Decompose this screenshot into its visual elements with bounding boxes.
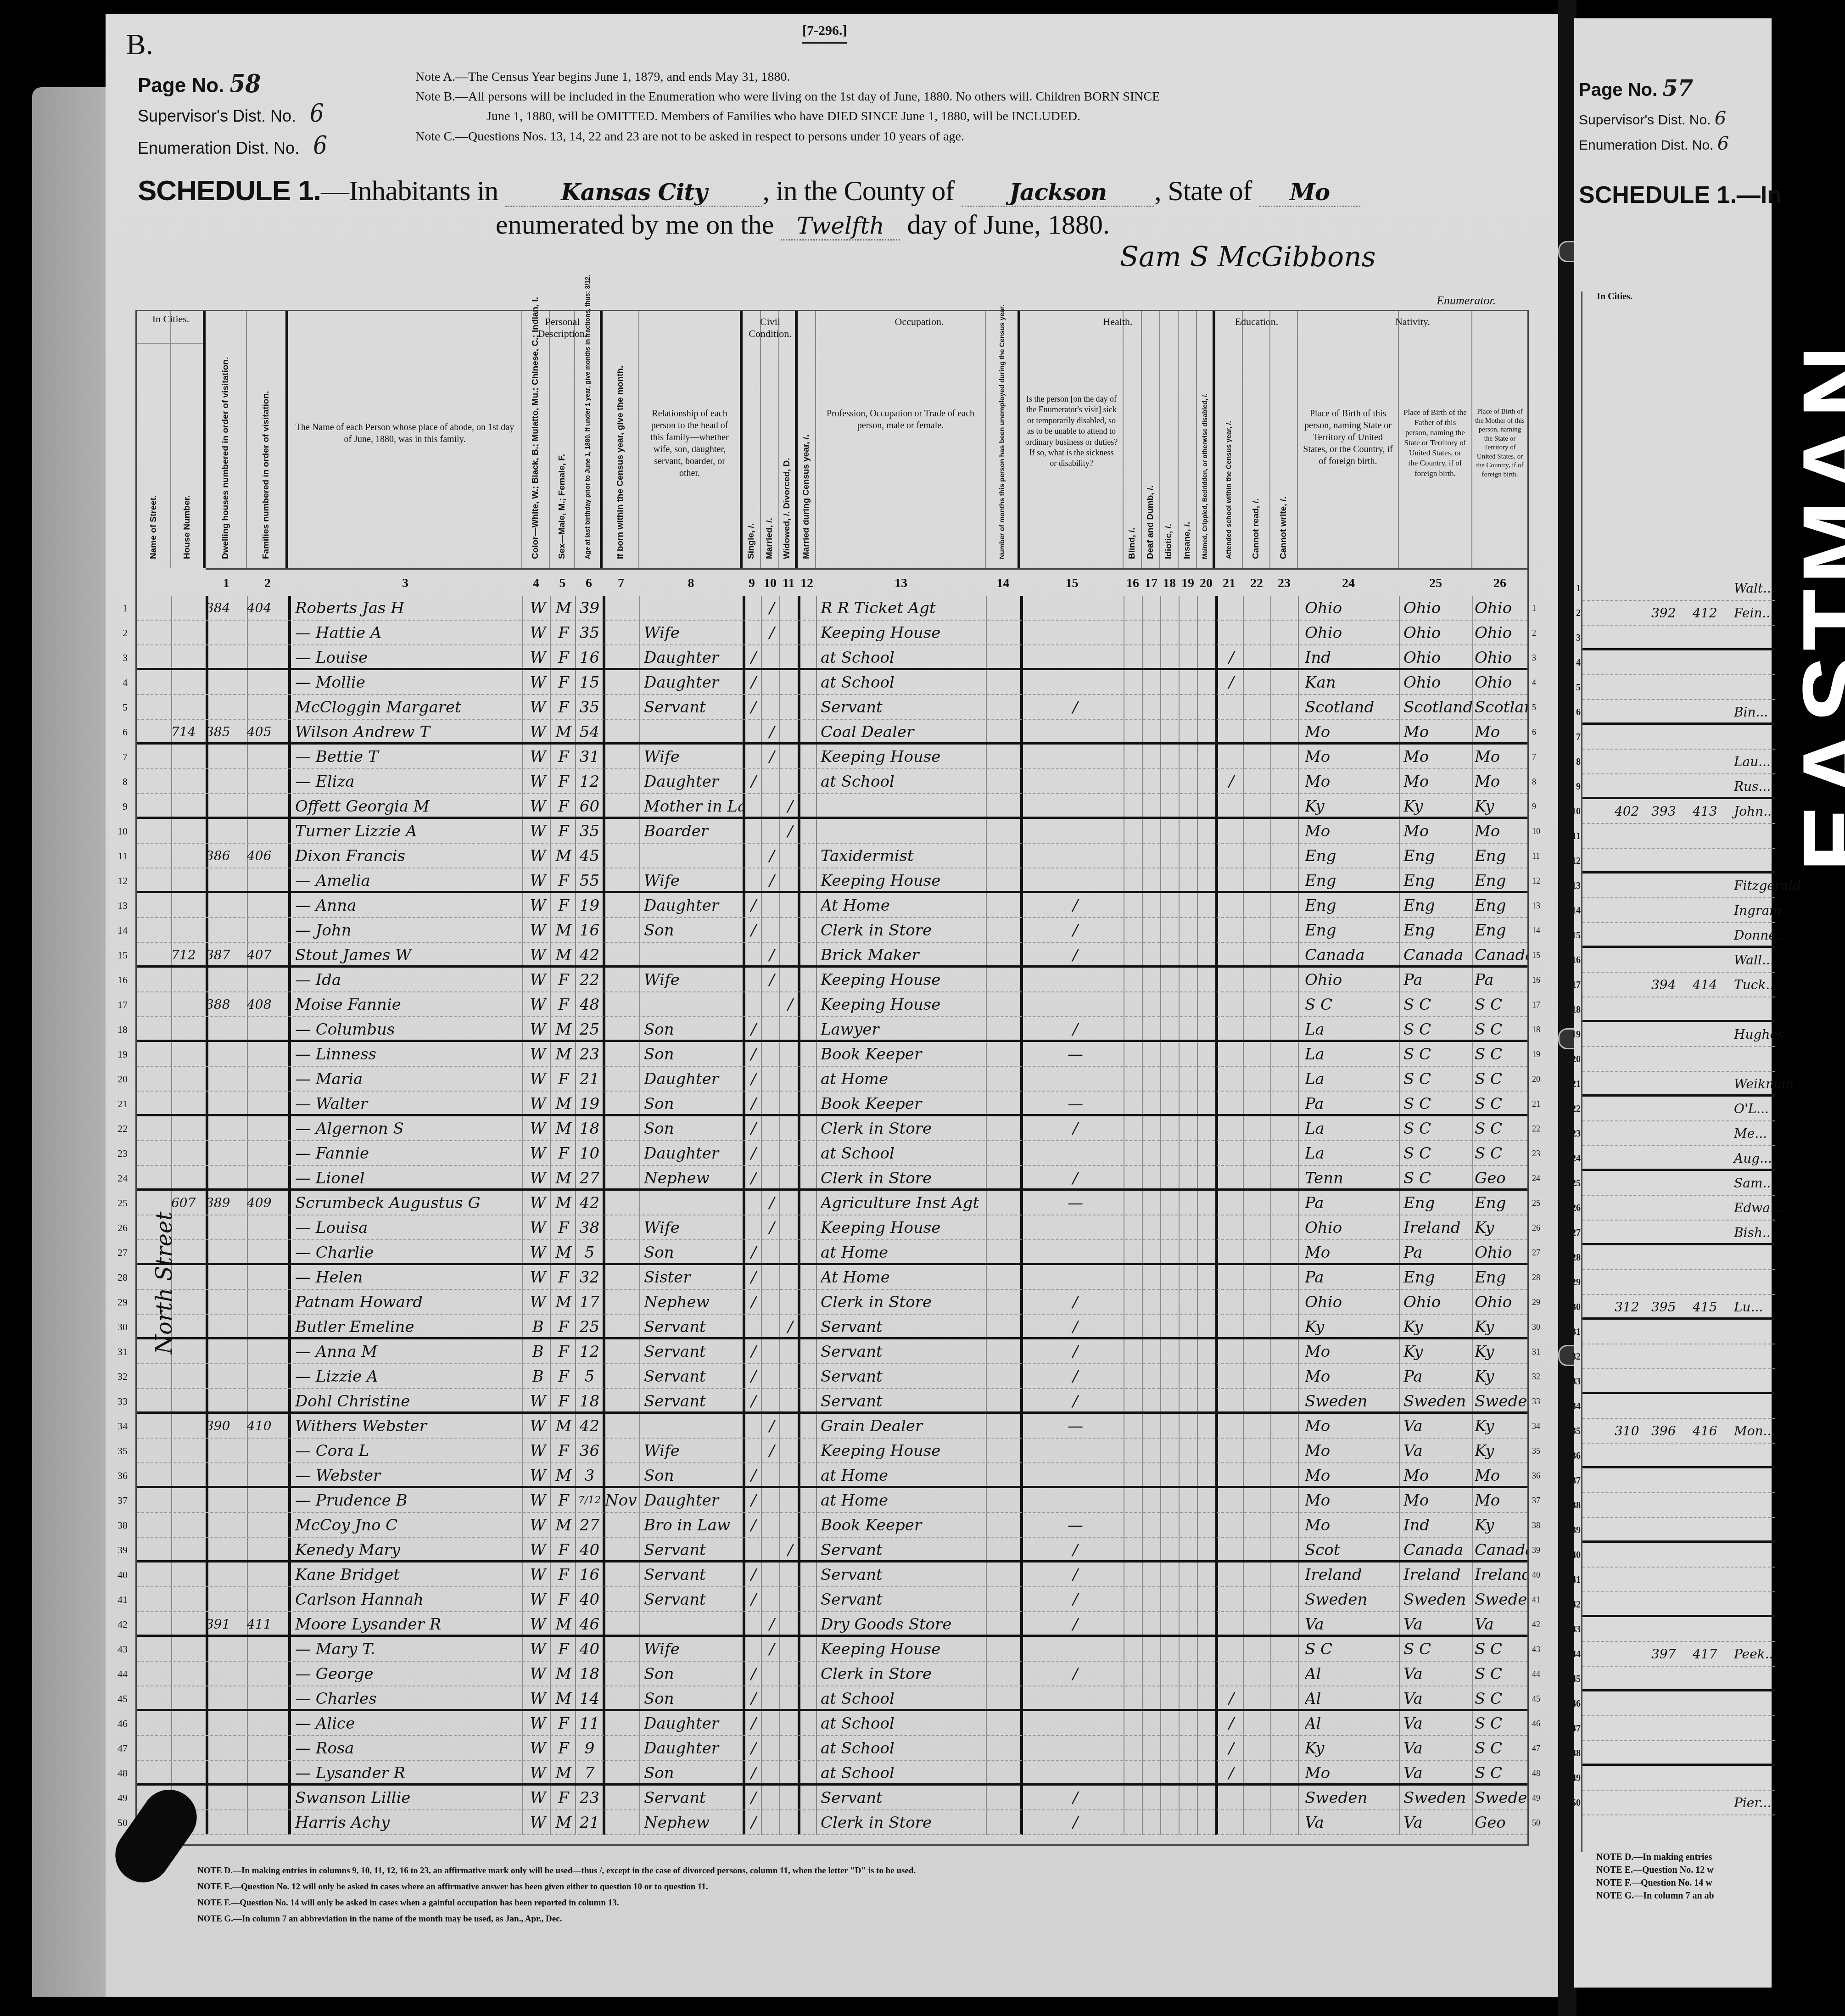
- color: W: [526, 1786, 550, 1810]
- married-mark: [765, 670, 779, 695]
- occupation: at School: [821, 1686, 986, 1711]
- col-num: 10: [761, 568, 779, 596]
- line-number-right: 21: [1532, 1092, 1550, 1116]
- occupation: Grain Dealer: [821, 1414, 986, 1439]
- birthplace: Ohio: [1305, 1215, 1399, 1240]
- line-number-right: 4: [1532, 670, 1550, 695]
- school-mark: [1220, 1364, 1243, 1389]
- single-mark: /: [746, 1513, 761, 1538]
- married-mark: /: [765, 1612, 779, 1637]
- age: 10: [576, 1141, 603, 1166]
- color: W: [526, 1513, 550, 1538]
- school-mark: [1220, 1191, 1243, 1215]
- line-number: 35: [109, 1439, 128, 1463]
- line-number: 15: [109, 943, 128, 968]
- family-number: [247, 1290, 288, 1315]
- col-occupation: Profession, Occupation or Trade of each …: [816, 311, 986, 568]
- birth-month: [605, 1364, 639, 1389]
- school-mark: [1220, 621, 1243, 645]
- facing-line-number: 32: [1564, 1344, 1581, 1369]
- age: 48: [576, 992, 603, 1017]
- color: W: [526, 1488, 550, 1513]
- sickness: —: [1029, 1191, 1121, 1215]
- dwelling-number: [206, 769, 247, 794]
- school-mark: [1220, 1587, 1243, 1612]
- table-row: 9Offett Georgia MWF60Mother in Law/KyKyK…: [137, 794, 1527, 819]
- married-mark: /: [765, 1637, 779, 1662]
- birth-month: [605, 1637, 639, 1662]
- single-mark: [746, 868, 761, 893]
- facing-table-row: 16Wall...: [1582, 948, 1775, 973]
- birth-month: [605, 1067, 639, 1092]
- relationship: Servant: [644, 1587, 743, 1612]
- line-number: 3: [109, 645, 128, 670]
- single-mark: /: [746, 1686, 761, 1711]
- school-mark: [1220, 1339, 1243, 1364]
- facing-line-number: 45: [1564, 1667, 1581, 1691]
- mother-birthplace: Ky: [1475, 1364, 1527, 1389]
- facing-house: 402: [1615, 799, 1639, 824]
- facing-house: 312: [1615, 1295, 1639, 1320]
- relationship: Son: [644, 1240, 743, 1265]
- single-mark: [746, 1439, 761, 1463]
- enumerated-suffix: day of June, 1880.: [907, 209, 1110, 240]
- age: 14: [576, 1686, 603, 1711]
- col-father-birthplace: Place of Birth of the Father of this per…: [1399, 311, 1472, 568]
- line-number-right: 20: [1532, 1067, 1550, 1092]
- line-number-right: 12: [1532, 868, 1550, 893]
- dwelling-number: [206, 1240, 247, 1265]
- birthplace: Mo: [1305, 1364, 1399, 1389]
- age: 27: [576, 1166, 603, 1191]
- facing-dwelling: 394: [1651, 973, 1676, 997]
- facing-name: Me...: [1734, 1121, 1767, 1146]
- age: 31: [576, 745, 603, 769]
- person-name: — Eliza: [295, 769, 522, 794]
- mother-birthplace: Canada: [1475, 943, 1527, 968]
- mother-birthplace: S C: [1475, 1017, 1527, 1042]
- facing-line-number: 49: [1564, 1766, 1581, 1791]
- relationship: [644, 596, 743, 621]
- relationship: Son: [644, 1463, 743, 1488]
- person-name: Moore Lysander R: [295, 1612, 522, 1637]
- birthplace: La: [1305, 1067, 1399, 1092]
- family-number: [247, 695, 288, 720]
- facing-line-number: 34: [1564, 1394, 1581, 1419]
- col-married-year-label: Married during Census year, /.: [801, 435, 811, 559]
- col-num: 18: [1160, 568, 1179, 596]
- line-number-right: 6: [1532, 720, 1550, 745]
- group-education: Education.: [1215, 316, 1298, 328]
- widowed-mark: [783, 1240, 798, 1265]
- occupation: Book Keeper: [821, 1513, 986, 1538]
- dwelling-number: [206, 1215, 247, 1240]
- facing-footnote: NOTE G.—In column 7 an ab: [1596, 1891, 1714, 1901]
- col-num: 4: [522, 568, 550, 596]
- color: W: [526, 1463, 550, 1488]
- facing-name: Lau...: [1734, 750, 1771, 774]
- father-birthplace: Ohio: [1403, 596, 1472, 621]
- house-number: [171, 769, 206, 794]
- col-street-label: Name of Street.: [149, 495, 159, 559]
- sickness: [1029, 1067, 1121, 1092]
- relationship: Sister: [644, 1265, 743, 1290]
- married-mark: [765, 1315, 779, 1339]
- facing-name: Donne...: [1734, 923, 1789, 948]
- house-number: [171, 1116, 206, 1141]
- person-name: — Cora L: [295, 1439, 522, 1463]
- color: W: [526, 868, 550, 893]
- age: 5: [576, 1240, 603, 1265]
- facing-table-row: 25Sam...: [1582, 1171, 1775, 1196]
- sickness: /: [1029, 1389, 1121, 1414]
- table-row: 11386406Dixon FrancisWM45/TaxidermistEng…: [137, 844, 1527, 868]
- family-number: [247, 1513, 288, 1538]
- occupation: Keeping House: [821, 1215, 986, 1240]
- widowed-mark: [783, 1116, 798, 1141]
- sex: F: [552, 1786, 575, 1810]
- age: 60: [576, 794, 603, 819]
- school-mark: [1220, 1290, 1243, 1315]
- school-mark: [1220, 1488, 1243, 1513]
- house-number: [171, 1067, 206, 1092]
- relationship: Servant: [644, 695, 743, 720]
- facing-line-number: 48: [1564, 1741, 1581, 1766]
- birthplace: Tenn: [1305, 1166, 1399, 1191]
- facing-in-cities: In Cities.: [1582, 291, 1647, 302]
- birth-month: [605, 1116, 639, 1141]
- facing-line-number: 33: [1564, 1369, 1581, 1394]
- line-number: 26: [109, 1215, 128, 1240]
- sex: F: [552, 1562, 575, 1587]
- birthplace: La: [1305, 1141, 1399, 1166]
- birth-month: [605, 1166, 639, 1191]
- widowed-mark: [783, 720, 798, 745]
- facing-line-number: 47: [1564, 1716, 1581, 1741]
- birthplace: Ohio: [1305, 968, 1399, 992]
- col-num: 1: [206, 568, 247, 596]
- person-name: Carlson Hannah: [295, 1587, 522, 1612]
- color: W: [526, 1736, 550, 1761]
- table-row: 36— WebsterWM3Son/at HomeMoMoMo36: [137, 1463, 1527, 1488]
- line-number: 14: [109, 918, 128, 943]
- facing-line-number: 8: [1564, 750, 1581, 774]
- single-mark: /: [746, 1736, 761, 1761]
- table-row: 18— ColumbusWM25Son/Lawyer/LaS CS C18: [137, 1017, 1527, 1042]
- married-mark: [765, 1389, 779, 1414]
- line-number-right: 30: [1532, 1315, 1550, 1339]
- mother-birthplace: S C: [1475, 1662, 1527, 1686]
- mother-birthplace: Eng: [1475, 1191, 1527, 1215]
- mother-birthplace: Scotland: [1475, 695, 1527, 720]
- facing-table-row: 40: [1582, 1543, 1775, 1568]
- widowed-mark: [783, 670, 798, 695]
- birthplace: Canada: [1305, 943, 1399, 968]
- occupation: Servant: [821, 1339, 986, 1364]
- enumerated-prefix: enumerated by me on the: [496, 209, 774, 240]
- mother-birthplace: Mo: [1475, 819, 1527, 844]
- married-mark: [765, 1736, 779, 1761]
- person-name: — Linness: [295, 1042, 522, 1067]
- widowed-mark: [783, 1364, 798, 1389]
- line-number-right: 28: [1532, 1265, 1550, 1290]
- person-name: Wilson Andrew T: [295, 720, 522, 745]
- age: 16: [576, 645, 603, 670]
- occupation: Clerk in Store: [821, 1810, 986, 1835]
- facing-table-row: 5: [1582, 675, 1775, 700]
- birth-month: [605, 1042, 639, 1067]
- facing-table-row: 48: [1582, 1741, 1775, 1766]
- col-cannot-read-label: Cannot read, /.: [1251, 498, 1261, 559]
- sex: M: [552, 1240, 575, 1265]
- dwelling-number: [206, 1141, 247, 1166]
- school-mark: /: [1220, 1736, 1243, 1761]
- widowed-mark: [783, 1215, 798, 1240]
- person-name: — Louisa: [295, 1215, 522, 1240]
- house-number: [171, 1414, 206, 1439]
- color: W: [526, 1439, 550, 1463]
- occupation: at School: [821, 1141, 986, 1166]
- birthplace: Va: [1305, 1612, 1399, 1637]
- school-mark: /: [1220, 1686, 1243, 1711]
- line-number: 9: [109, 794, 128, 819]
- line-number: 27: [109, 1240, 128, 1265]
- father-birthplace: S C: [1403, 1017, 1472, 1042]
- col-name-label: The Name of each Person whose place of a…: [293, 421, 517, 445]
- single-mark: /: [746, 1092, 761, 1116]
- color: W: [526, 745, 550, 769]
- color: W: [526, 769, 550, 794]
- mother-birthplace: S C: [1475, 1686, 1527, 1711]
- sickness: [1029, 745, 1121, 769]
- person-name: — Rosa: [295, 1736, 522, 1761]
- birth-month: [605, 1092, 639, 1116]
- relationship: Son: [644, 1662, 743, 1686]
- facing-footnote: NOTE D.—In making entries: [1596, 1852, 1712, 1863]
- birth-month: [605, 868, 639, 893]
- col-num: 16: [1124, 568, 1142, 596]
- color: W: [526, 645, 550, 670]
- mother-birthplace: Geo: [1475, 1810, 1527, 1835]
- mother-birthplace: Ky: [1475, 1439, 1527, 1463]
- person-name: — Prudence B: [295, 1488, 522, 1513]
- father-birthplace: Va: [1403, 1612, 1472, 1637]
- facing-table-row: 31: [1582, 1320, 1775, 1344]
- col-num: 13: [816, 568, 986, 596]
- state-value: Mo: [1259, 179, 1360, 207]
- col-cannot-write: Cannot write, /.: [1270, 311, 1298, 568]
- family-number: [247, 1488, 288, 1513]
- line-number: 48: [109, 1761, 128, 1786]
- family-number: [247, 1017, 288, 1042]
- line-number-right: 17: [1532, 992, 1550, 1017]
- sex: F: [552, 794, 575, 819]
- house-number: [171, 968, 206, 992]
- house-number: [171, 596, 206, 621]
- col-num: 8: [639, 568, 743, 596]
- father-birthplace: Eng: [1403, 1265, 1472, 1290]
- sickness: /: [1029, 1290, 1121, 1315]
- person-name: — Fannie: [295, 1141, 522, 1166]
- house-number: [171, 1736, 206, 1761]
- line-number: 1: [109, 596, 128, 621]
- color: W: [526, 1141, 550, 1166]
- father-birthplace: Sweden: [1403, 1786, 1472, 1810]
- mother-birthplace: S C: [1475, 1637, 1527, 1662]
- person-name: — Louise: [295, 645, 522, 670]
- sickness: [1029, 720, 1121, 745]
- color: W: [526, 1092, 550, 1116]
- relationship: [644, 1414, 743, 1439]
- person-name: — Columbus: [295, 1017, 522, 1042]
- sickness: /: [1029, 1612, 1121, 1637]
- school-mark: [1220, 992, 1243, 1017]
- occupation: Servant: [821, 695, 986, 720]
- line-number-right: 19: [1532, 1042, 1550, 1067]
- sickness: [1029, 645, 1121, 670]
- col-num: 6: [575, 568, 603, 596]
- father-birthplace: Va: [1403, 1686, 1472, 1711]
- age: 54: [576, 720, 603, 745]
- col-sex: Sex—Male, M.; Female, F.: [550, 311, 575, 568]
- line-number: 41: [109, 1587, 128, 1612]
- sex: F: [552, 1538, 575, 1562]
- facing-enumeration-field: Enumeration Dist. No. 6: [1579, 133, 1729, 154]
- married-mark: [765, 819, 779, 844]
- house-number: [171, 1439, 206, 1463]
- facing-supervisor-label: Supervisor's Dist. No.: [1579, 112, 1711, 128]
- line-number-right: 18: [1532, 1017, 1550, 1042]
- family-number: 408: [247, 992, 288, 1017]
- family-number: [247, 1166, 288, 1191]
- single-mark: /: [746, 1488, 761, 1513]
- table-body: 1384404Roberts Jas HWM39/R R Ticket AgtO…: [137, 596, 1527, 1835]
- col-maimed-label: Maimed, Crippled, Bedridden, or otherwis…: [1201, 393, 1208, 559]
- married-mark: [765, 1339, 779, 1364]
- father-birthplace: Mo: [1403, 819, 1472, 844]
- widowed-mark: [783, 1017, 798, 1042]
- school-mark: /: [1220, 645, 1243, 670]
- father-birthplace: Pa: [1403, 1364, 1472, 1389]
- col-num: 17: [1142, 568, 1160, 596]
- married-mark: [765, 1786, 779, 1810]
- col-deaf: Deaf and Dumb, /.: [1142, 311, 1160, 568]
- facing-table-row: 30312395415Lu...: [1582, 1295, 1775, 1320]
- birthplace: Mo: [1305, 1240, 1399, 1265]
- person-name: — Anna: [295, 893, 522, 918]
- sex: F: [552, 745, 575, 769]
- table-row: 30Butler EmelineBF25Servant/Servant/KyKy…: [137, 1315, 1527, 1339]
- col-num: 22: [1243, 568, 1270, 596]
- line-number-right: 36: [1532, 1463, 1550, 1488]
- facing-name: Pier...: [1734, 1791, 1771, 1815]
- father-birthplace: Ky: [1403, 1339, 1472, 1364]
- facing-table-row: 10402393413John...: [1582, 799, 1775, 824]
- relationship: Son: [644, 1092, 743, 1116]
- facing-table-row: 24Aug...: [1582, 1146, 1775, 1171]
- single-mark: [746, 1612, 761, 1637]
- birth-month: [605, 1339, 639, 1364]
- single-mark: /: [746, 1364, 761, 1389]
- person-name: Kenedy Mary: [295, 1538, 522, 1562]
- occupation: at School: [821, 645, 986, 670]
- age: 12: [576, 769, 603, 794]
- line-number-right: 10: [1532, 819, 1550, 844]
- age: 40: [576, 1538, 603, 1562]
- widowed-mark: [783, 1389, 798, 1414]
- school-mark: [1220, 1637, 1243, 1662]
- relationship: Mother in Law: [644, 794, 743, 819]
- sex: M: [552, 1810, 575, 1835]
- facing-line-number: 30: [1564, 1295, 1581, 1320]
- relationship: Daughter: [644, 1141, 743, 1166]
- dwelling-number: [206, 1364, 247, 1389]
- house-number: [171, 1612, 206, 1637]
- dwelling-number: [206, 1166, 247, 1191]
- married-mark: [765, 1513, 779, 1538]
- facing-name: Rus...: [1734, 774, 1771, 799]
- facing-table-row: 28: [1582, 1245, 1775, 1270]
- facing-dwelling: 395: [1651, 1295, 1676, 1320]
- family-number: [247, 1439, 288, 1463]
- mother-birthplace: Ohio: [1475, 1290, 1527, 1315]
- sex: F: [552, 893, 575, 918]
- relationship: Servant: [644, 1562, 743, 1587]
- family-number: [247, 1463, 288, 1488]
- birth-month: [605, 893, 639, 918]
- birthplace: Ireland: [1305, 1562, 1399, 1587]
- sex: F: [552, 968, 575, 992]
- facing-name: Hughes: [1734, 1022, 1784, 1047]
- occupation: Book Keeper: [821, 1092, 986, 1116]
- single-mark: [746, 943, 761, 968]
- relationship: Servant: [644, 1315, 743, 1339]
- mother-birthplace: Eng: [1475, 868, 1527, 893]
- occupation: Keeping House: [821, 621, 986, 645]
- relationship: Wife: [644, 745, 743, 769]
- col-deaf-label: Deaf and Dumb, /.: [1146, 486, 1156, 559]
- table-row: 10Turner Lizzie AWF35Boarder/MoMoMo10: [137, 819, 1527, 844]
- line-number-right: 22: [1532, 1116, 1550, 1141]
- birthplace: Pa: [1305, 1092, 1399, 1116]
- married-mark: [765, 992, 779, 1017]
- sickness: /: [1029, 1538, 1121, 1562]
- family-number: [247, 1042, 288, 1067]
- table-row: 35— Cora LWF36Wife/Keeping HouseMoVaKy35: [137, 1439, 1527, 1463]
- sickness: /: [1029, 1662, 1121, 1686]
- facing-table-row: 33: [1582, 1369, 1775, 1394]
- col-cannot-write-label: Cannot write, /.: [1279, 497, 1289, 559]
- sickness: —: [1029, 1042, 1121, 1067]
- family-number: [247, 1339, 288, 1364]
- facing-table-row: 1Walt...: [1582, 576, 1775, 601]
- occupation: Dry Goods Store: [821, 1612, 986, 1637]
- age: 16: [576, 918, 603, 943]
- footnote-d: NOTE D.—In making entries in columns 9, …: [197, 1866, 916, 1876]
- family-number: 406: [247, 844, 288, 868]
- mother-birthplace: S C: [1475, 1116, 1527, 1141]
- birth-month: [605, 1810, 639, 1835]
- table-row: 6714385405Wilson Andrew TWM54/Coal Deale…: [137, 720, 1527, 745]
- widowed-mark: [783, 1736, 798, 1761]
- school-mark: [1220, 1538, 1243, 1562]
- line-number: 46: [109, 1711, 128, 1736]
- relationship: Wife: [644, 1439, 743, 1463]
- film-leader-label: EASTMAN: [1781, 762, 1845, 872]
- facing-table-row: 2392412Fein...: [1582, 601, 1775, 626]
- dwelling-number: [206, 1686, 247, 1711]
- sex: M: [552, 1612, 575, 1637]
